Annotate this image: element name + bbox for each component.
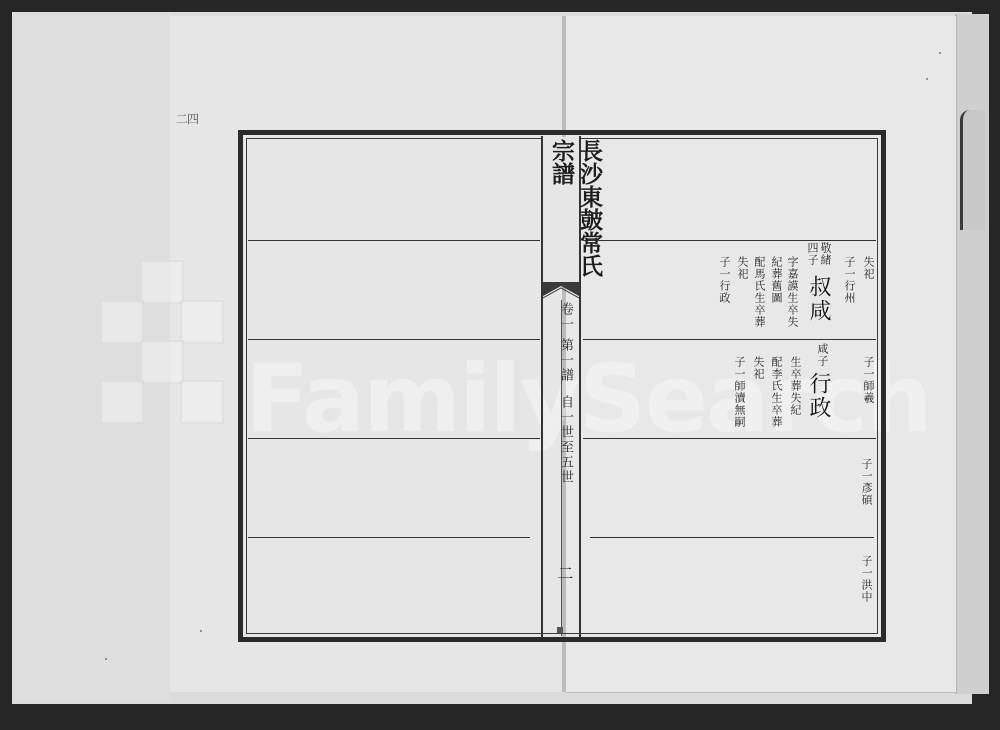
right-row-divider	[583, 240, 876, 241]
left-leaf	[12, 12, 172, 702]
left-row-divider	[248, 438, 540, 439]
right-row-divider	[583, 438, 876, 439]
entry-text: 子一行政	[718, 256, 731, 304]
page-number: 二	[553, 565, 576, 581]
left-row-divider	[248, 537, 530, 538]
entry-text: 配馬氏生卒葬	[753, 256, 766, 328]
volume-label: 卷一 第一譜	[556, 302, 575, 383]
entry-text-small: 敬緒四子	[806, 242, 832, 272]
entry-text: 失祀	[862, 256, 875, 280]
scan-speck	[105, 658, 107, 660]
bottom-block-mark	[557, 627, 563, 633]
entry-text-small: 咸子	[816, 343, 829, 367]
scan-speck	[200, 630, 202, 632]
entry-text: 失祀	[752, 356, 765, 380]
fishtail-mark-icon	[543, 282, 579, 300]
title-block: 長沙東皷常氏宗譜	[543, 137, 579, 282]
margin-stamp: 二四	[176, 110, 198, 127]
entry-text: 紀葬舊圖	[770, 256, 783, 304]
scan-speck	[926, 78, 928, 80]
entry-text: 子一師瀆無嗣	[733, 356, 746, 428]
right-row-divider	[590, 537, 874, 538]
left-row-divider	[248, 240, 540, 241]
page-edge-notch	[960, 110, 985, 230]
entry-text: 失祀	[736, 256, 749, 280]
entry-text: 子一洪中	[860, 555, 873, 603]
entry-text: 生卒葬失紀	[789, 356, 802, 416]
person-name: 叔咸	[806, 275, 830, 323]
entry-text: 子一行州	[843, 256, 856, 304]
book-title: 長沙東皷常氏宗譜	[547, 139, 603, 282]
left-row-divider	[248, 339, 540, 340]
right-row-divider	[583, 339, 876, 340]
entry-text: 字嘉謨生卒失	[786, 256, 799, 328]
entry-text: 子一師羲	[862, 356, 875, 404]
generation-range: 自一世至五世	[556, 395, 575, 485]
entry-text: 子一彥碩	[860, 458, 873, 506]
entry-text: 配李氏生卒葬	[770, 356, 783, 428]
person-name: 行政	[806, 372, 830, 420]
scan-speck	[939, 52, 941, 54]
